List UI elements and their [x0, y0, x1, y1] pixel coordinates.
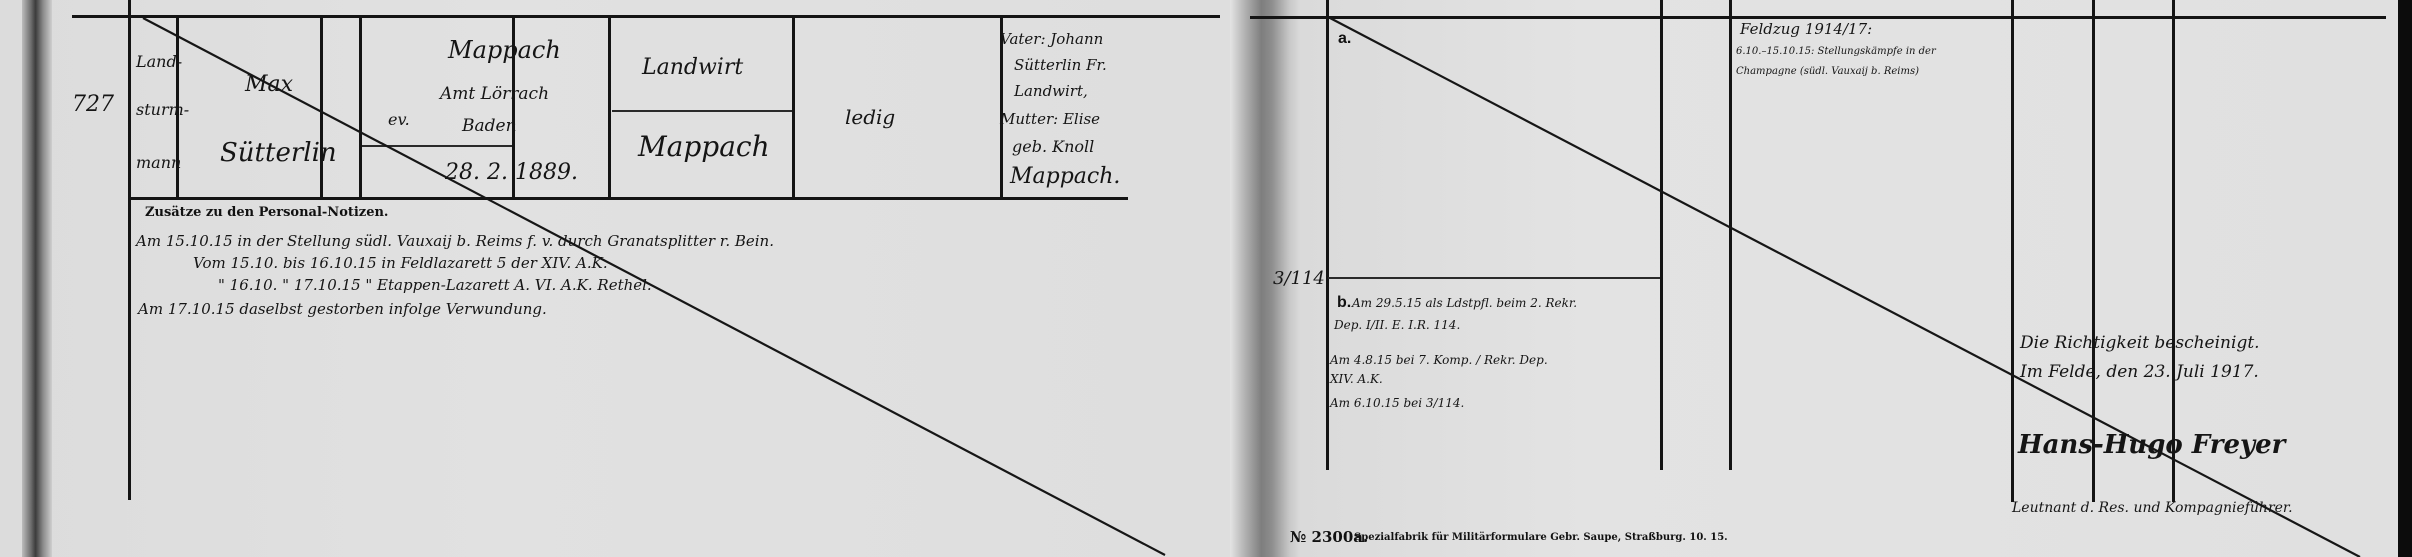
notes-heading: Zusätze zu den Personal-Notizen. [145, 205, 388, 220]
note-line-1: Am 15.10.15 in der Stellung südl. Vauxai… [136, 232, 774, 250]
rule-birth-split [362, 145, 512, 147]
rule-col-marital [792, 15, 795, 198]
parents-line-6: Mappach. [1010, 164, 1120, 189]
rank-line-1: Land- [136, 52, 182, 71]
rule-col-religion [359, 15, 362, 198]
parents-line-4: Mutter: Elise [1000, 110, 1100, 128]
campaign-heading: Feldzug 1914/17: [1740, 20, 1872, 38]
campaign-line-1: 6.10.–15.10.15: Stellungskämpfe in der [1736, 46, 1936, 57]
rule-top-left [72, 15, 1220, 18]
rule-col-a [1660, 0, 1663, 470]
section-b-label: b. [1337, 294, 1351, 312]
rule-col-c [2011, 0, 2014, 502]
section-b-line-5: Am 6.10.15 bei 3/114. [1330, 396, 1464, 410]
first-name: Max [245, 72, 293, 97]
marital-status: ledig [845, 105, 895, 129]
campaign-line-2: Champagne (südl. Vauxaij b. Reims) [1736, 66, 1919, 77]
section-b-line-3: Am 4.8.15 bei 7. Komp. / Rekr. Dep. [1330, 353, 1548, 367]
entry-number: 727 [72, 92, 114, 117]
rule-col-unit [1326, 0, 1329, 470]
rule-col-name [320, 15, 323, 198]
birth-date: 28. 2. 1889. [445, 160, 578, 185]
unit: 3/114 [1273, 268, 1325, 289]
certification-line-2: Im Felde, den 23. Juli 1917. [2020, 362, 2259, 382]
note-line-4: Am 17.10.15 daselbst gestorben infolge V… [138, 300, 547, 318]
printer-imprint: Spezialfabrik für Militärformulare Gebr.… [1354, 532, 1728, 543]
note-line-3: " 16.10. " 17.10.15 " Etappen-Lazarett A… [218, 276, 652, 294]
parents-line-1: Vater: Johann [1000, 30, 1103, 48]
rule-top-right [1250, 16, 2386, 19]
parents-line-3: Landwirt, [1014, 82, 1088, 100]
note-line-2: Vom 15.10. bis 16.10.15 in Feldlazarett … [193, 254, 608, 272]
rule-col-e [2172, 0, 2175, 502]
signer-title: Leutnant d. Res. und Kompagnieführer. [2012, 500, 2293, 516]
book-edge-right [2398, 0, 2412, 557]
section-a-label: a. [1338, 30, 1351, 48]
rank-line-2: sturm- [136, 100, 189, 119]
rule-col-number [128, 0, 131, 500]
section-b-line-4: XIV. A.K. [1330, 372, 1383, 386]
birthplace-district: Amt Lörrach [440, 84, 549, 104]
signature: Hans-Hugo Freyer [2018, 430, 2285, 460]
birthplace-state: Baden [462, 116, 517, 136]
section-b-line-2: Dep. I/II. E. I.R. 114. [1334, 318, 1460, 332]
rule-col-d [2092, 0, 2095, 502]
rule-section-split [1328, 277, 1660, 279]
religion: ev. [388, 110, 410, 129]
rule-occupation-split [612, 110, 792, 112]
rule-row-bottom [128, 197, 1128, 200]
parents-line-5: geb. Knoll [1012, 137, 1094, 156]
section-b-line-1: Am 29.5.15 als Ldstpfl. beim 2. Rekr. [1352, 296, 1577, 310]
rank-line-3: mann [136, 153, 181, 172]
last-name: Sütterlin [220, 138, 337, 168]
occupation: Landwirt [642, 55, 743, 80]
certification-line-1: Die Richtigkeit bescheinigt. [2020, 333, 2260, 353]
parents-line-2: Sütterlin Fr. [1014, 56, 1107, 74]
residence: Mappach [638, 130, 770, 163]
rule-col-b [1729, 0, 1732, 470]
rule-col-occupation [608, 15, 611, 198]
book-edge-left [22, 0, 52, 557]
birthplace-town: Mappach [448, 36, 561, 64]
